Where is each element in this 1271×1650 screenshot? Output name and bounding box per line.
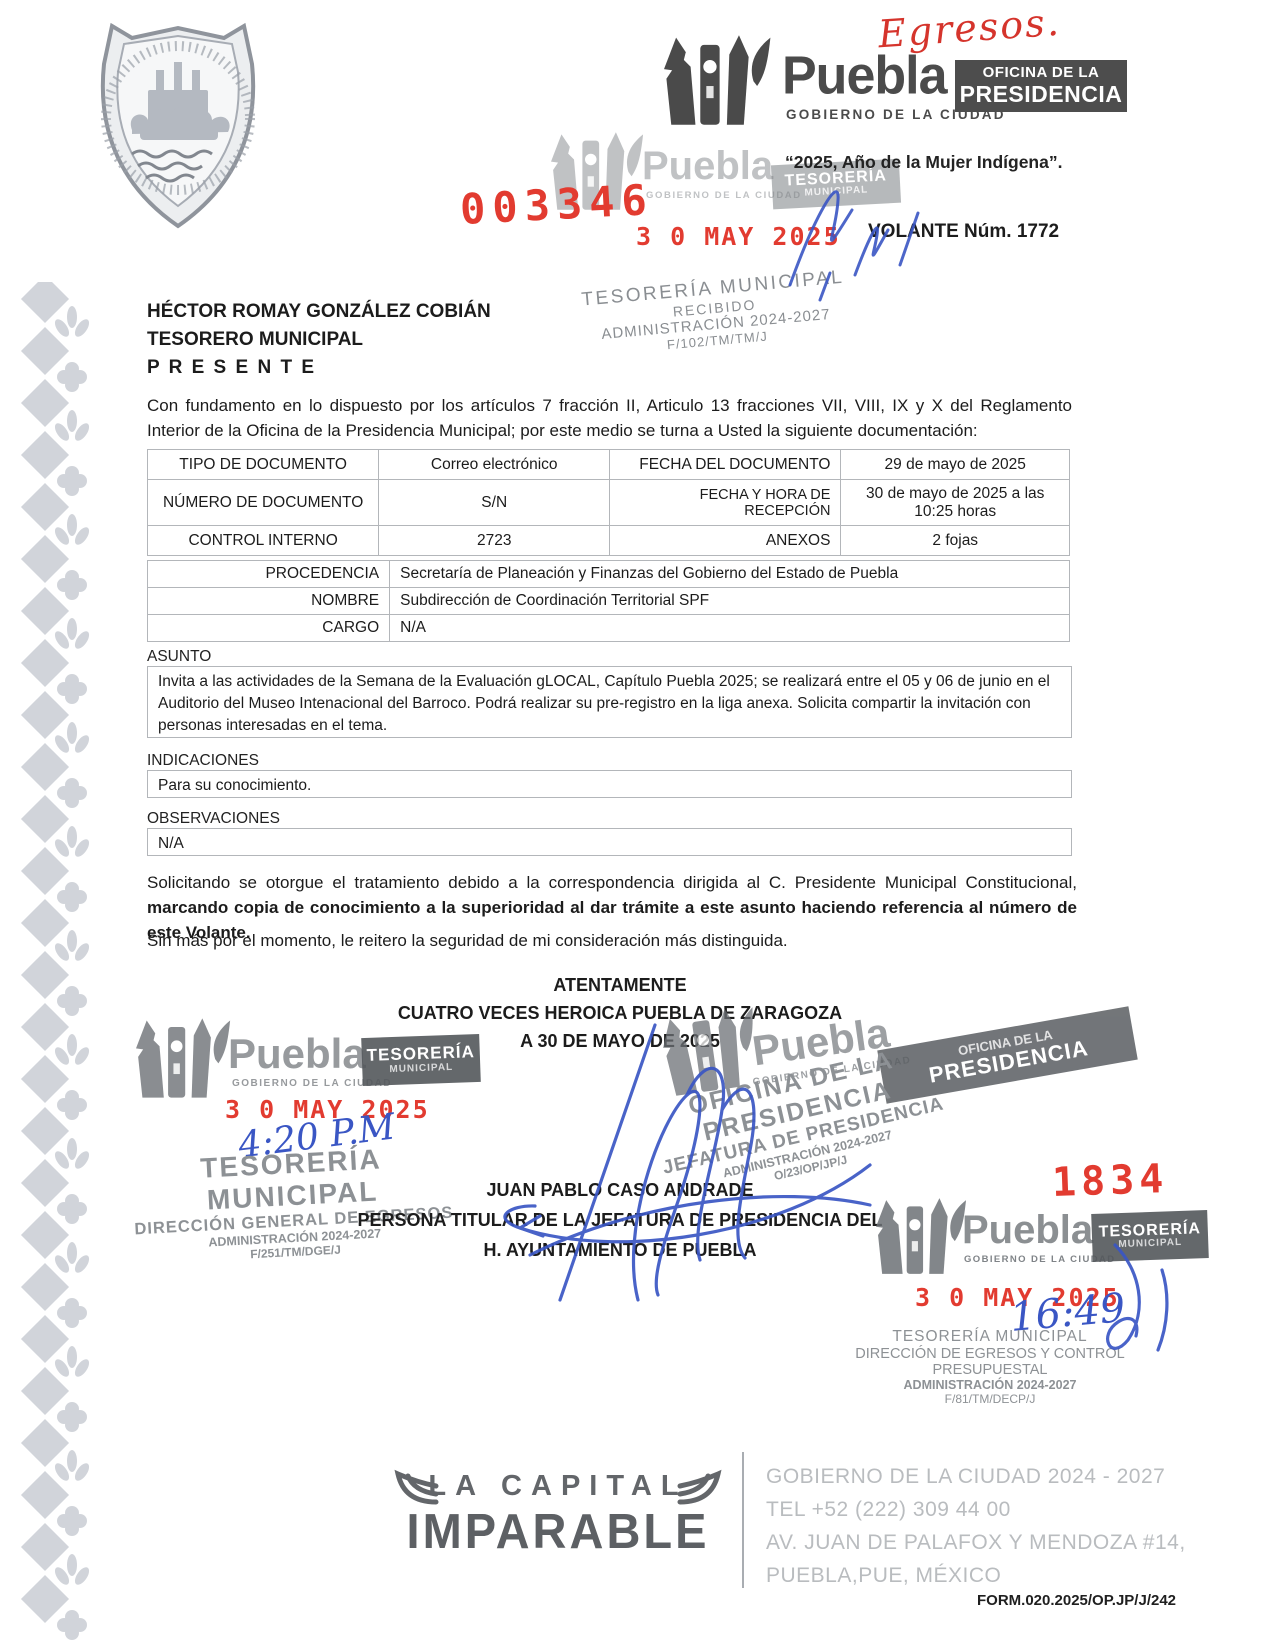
cell-numero-value: S/N: [379, 480, 610, 526]
form-code: FORM.020.2025/OP.JP/J/242: [977, 1592, 1176, 1609]
cell-procedencia-label: PROCEDENCIA: [148, 561, 390, 588]
left-stamp-puebla-logo-icon: [132, 1012, 232, 1104]
oficina-box-line2: PRESIDENCIA: [955, 82, 1127, 107]
received-stamp: TESORERÍA MUNICIPAL RECIBIDO ADMINISTRAC…: [563, 265, 868, 361]
capital-logo-line2: IMPARABLE: [398, 1502, 718, 1560]
cell-control-value: 2723: [379, 526, 610, 556]
document-info-table: TIPO DE DOCUMENTO Correo electrónico FEC…: [147, 449, 1070, 556]
puebla-coat-of-arms-icon: [92, 12, 264, 234]
capital-logo: LA CAPITAL IMPARABLE: [398, 1470, 718, 1558]
bottom-stamp-line3: PRESUPUESTAL: [830, 1362, 1150, 1378]
document-page: Egresos. Puebla GOBIERNO DE LA CIUDAD OF…: [0, 0, 1271, 1650]
signatory-block: JUAN PABLO CASO ANDRADE PERSONA TITULAR …: [300, 1180, 940, 1261]
cell-procedencia-value: Secretaría de Planeación y Finanzas del …: [390, 561, 1070, 588]
cell-control-label: CONTROL INTERNO: [148, 526, 379, 556]
atentamente-line: ATENTAMENTE: [300, 975, 940, 996]
left-stamp-tesoreria-box: TESORERÍA MUNICIPAL: [361, 1034, 481, 1086]
footer-address-line1: GOBIERNO DE LA CIUDAD 2024 - 2027: [766, 1460, 1186, 1493]
signatory-title2: H. AYUNTAMIENTO DE PUEBLA: [300, 1240, 940, 1261]
folio-number-stamp: 003346: [459, 175, 655, 234]
date-stamp-top: 3 0 MAY 2025: [636, 222, 841, 251]
recipient-presente: P R E S E N T E: [147, 354, 491, 382]
closing-part1: Solicitando se otorgue el tratamiento de…: [147, 873, 1077, 892]
bottom-stamp-line2: DIRECCIÓN DE EGRESOS Y CONTROL: [830, 1346, 1150, 1362]
indicaciones-label: INDICACIONES: [147, 752, 259, 770]
table-row: PROCEDENCIA Secretaría de Planeación y F…: [148, 561, 1070, 588]
indicaciones-box: Para su conocimiento.: [147, 770, 1072, 798]
cell-tipo-value: Correo electrónico: [379, 450, 610, 480]
capital-logo-line1: LA CAPITAL: [398, 1470, 718, 1503]
table-row: NOMBRE Subdirección de Coordinación Terr…: [148, 588, 1070, 615]
folio-number-bottom: 1834: [1051, 1156, 1169, 1206]
cell-numero-label: NÚMERO DE DOCUMENTO: [148, 480, 379, 526]
observaciones-label: OBSERVACIONES: [147, 810, 280, 828]
cell-anexos-label: ANEXOS: [610, 526, 841, 556]
asunto-label: ASUNTO: [147, 648, 211, 666]
origin-table: PROCEDENCIA Secretaría de Planeación y F…: [147, 560, 1070, 642]
bottom-stamp-text: TESORERÍA MUNICIPAL DIRECCIÓN DE EGRESOS…: [830, 1328, 1150, 1406]
bottom-stamp-wordmark: Puebla: [962, 1208, 1093, 1253]
margin-pattern-decoration: [8, 282, 108, 1650]
cell-anexos-value: 2 fojas: [841, 526, 1070, 556]
puebla-wordmark: Puebla: [782, 45, 947, 107]
farewell-line: Sin más por el momento, le reitero la se…: [147, 928, 1077, 953]
bottom-stamp-line4: ADMINISTRACIÓN 2024-2027: [830, 1378, 1150, 1392]
puebla-logo-icon: [660, 28, 772, 132]
cell-cargo-value: N/A: [390, 615, 1070, 642]
observaciones-box: N/A: [147, 828, 1072, 856]
stamp-puebla-wordmark: Puebla: [642, 144, 773, 189]
cell-fecha-label: FECHA DEL DOCUMENTO: [610, 450, 841, 480]
signatory-name: JUAN PABLO CASO ANDRADE: [300, 1180, 940, 1201]
footer-divider: [742, 1452, 744, 1588]
table-row: TIPO DE DOCUMENTO Correo electrónico FEC…: [148, 450, 1070, 480]
left-stamp-wordmark: Puebla: [228, 1030, 366, 1078]
cell-recepcion-value: 30 de mayo de 2025 a las 10:25 horas: [841, 480, 1070, 526]
oficina-box-line1: OFICINA DE LA: [955, 65, 1127, 81]
intro-paragraph: Con fundamento en lo dispuesto por los a…: [147, 393, 1072, 443]
bottom-stamp-tesoreria-box: TESORERÍA MUNICIPAL: [1091, 1210, 1209, 1262]
bottom-stamp-line5: F/81/TM/DECP/J: [830, 1392, 1150, 1406]
recipient-name: HÉCTOR ROMAY GONZÁLEZ COBIÁN: [147, 298, 491, 326]
cell-recepcion-label: FECHA Y HORA DE RECEPCIÓN: [610, 480, 841, 526]
volante-number: VOLANTE Núm. 1772: [868, 221, 1059, 243]
recipient-block: HÉCTOR ROMAY GONZÁLEZ COBIÁN TESORERO MU…: [147, 298, 491, 382]
year-legend: “2025, Año de la Mujer Indígena”.: [785, 152, 1062, 173]
footer-address-line2: TEL +52 (222) 309 44 00: [766, 1493, 1186, 1526]
cell-fecha-value: 29 de mayo de 2025: [841, 450, 1070, 480]
cell-tipo-label: TIPO DE DOCUMENTO: [148, 450, 379, 480]
oficina-presidencia-box: OFICINA DE LA PRESIDENCIA: [955, 60, 1127, 112]
table-row: CARGO N/A: [148, 615, 1070, 642]
bottom-stamp-puebla-logo-icon: [872, 1192, 968, 1280]
cell-nombre-value: Subdirección de Coordinación Territorial…: [390, 588, 1070, 615]
cell-cargo-label: CARGO: [148, 615, 390, 642]
footer-address-line4: PUEBLA,PUE, MÉXICO: [766, 1559, 1186, 1592]
cell-nombre-label: NOMBRE: [148, 588, 390, 615]
footer-address-line3: AV. JUAN DE PALAFOX Y MENDOZA #14,: [766, 1526, 1186, 1559]
footer-address: GOBIERNO DE LA CIUDAD 2024 - 2027 TEL +5…: [766, 1460, 1186, 1592]
bottom-stamp-line1: TESORERÍA MUNICIPAL: [830, 1328, 1150, 1346]
recipient-title: TESORERO MUNICIPAL: [147, 326, 491, 354]
table-row: CONTROL INTERNO 2723 ANEXOS 2 fojas: [148, 526, 1070, 556]
asunto-box: Invita a las actividades de la Semana de…: [147, 666, 1072, 738]
signatory-title1: PERSONA TITULAR DE LA JEFATURA DE PRESID…: [300, 1210, 940, 1231]
table-row: NÚMERO DE DOCUMENTO S/N FECHA Y HORA DE …: [148, 480, 1070, 526]
